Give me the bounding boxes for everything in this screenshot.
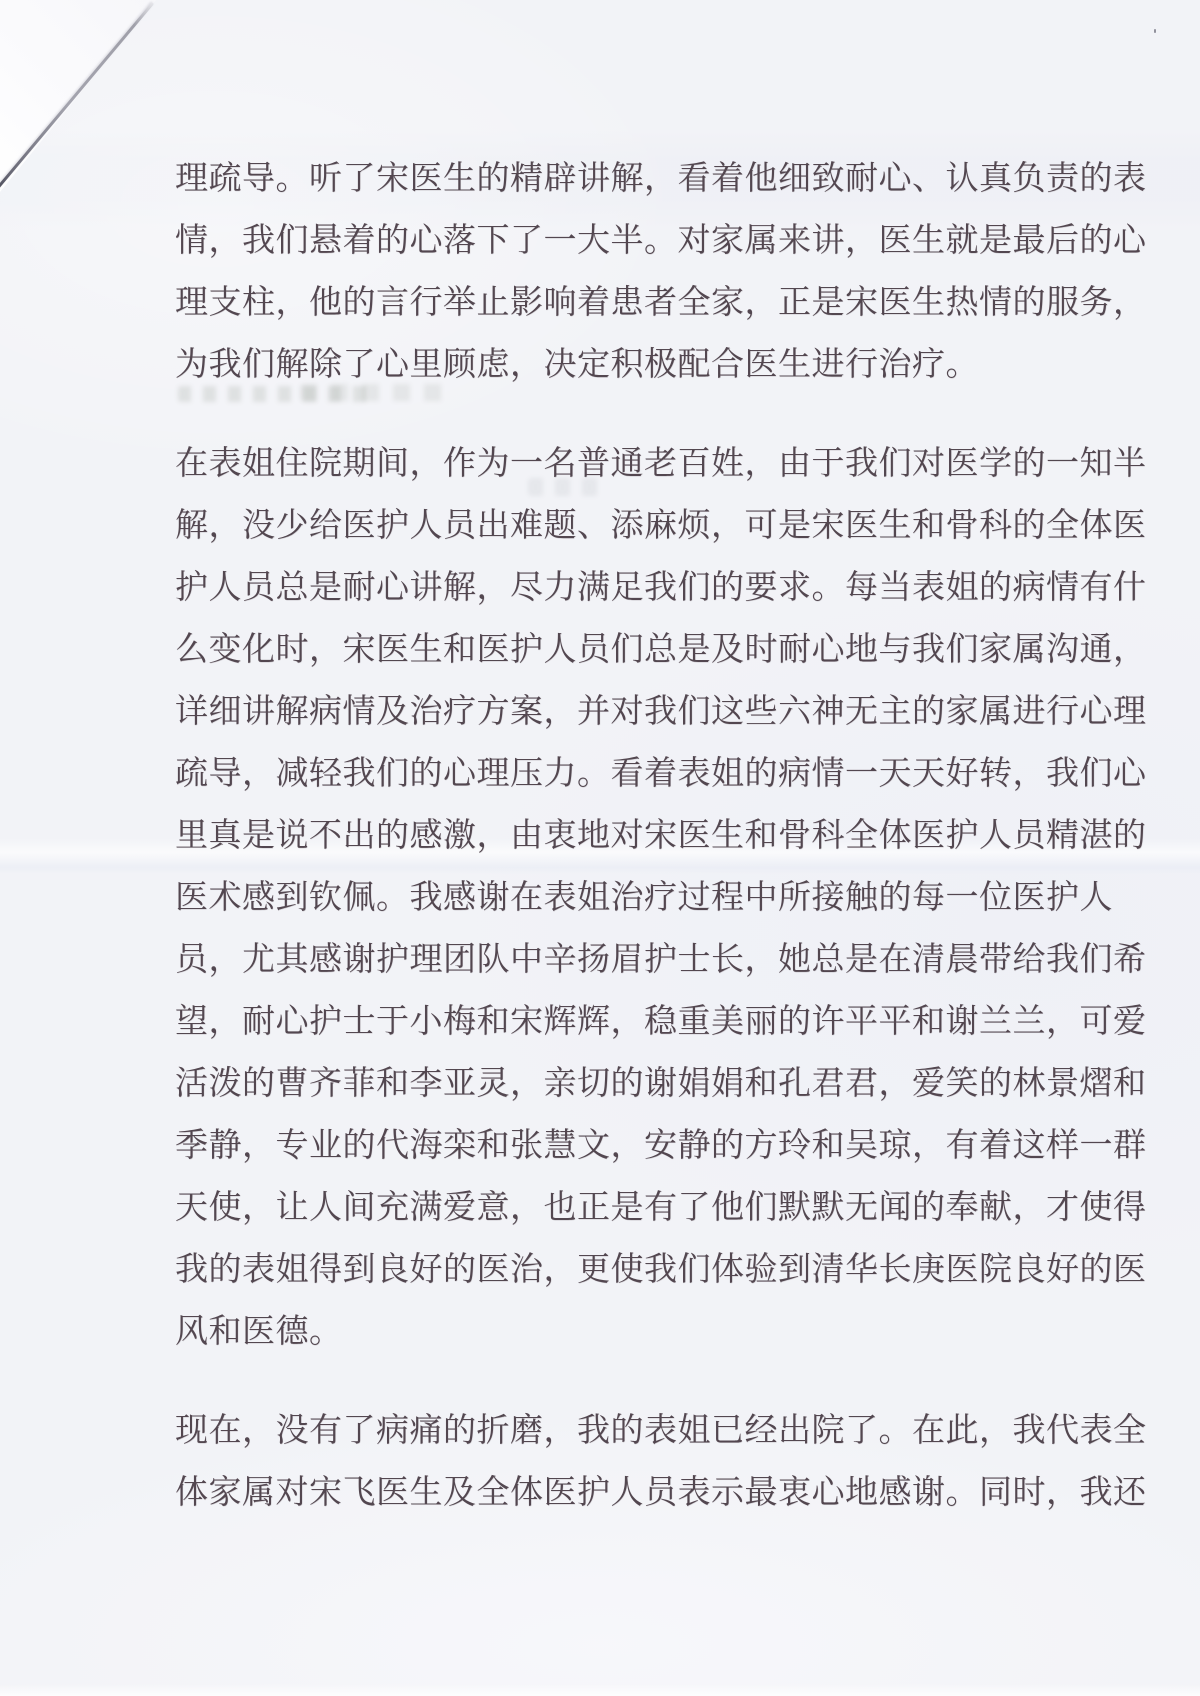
text-line: 情，我们悬着的心落下了一大半。对家属来讲，医生就是最后的心 bbox=[175, 210, 935, 272]
scanned-letter-page: 理疏导。听了宋医生的精辟讲解，看着他细致耐心、认真负责的表情，我们悬着的心落下了… bbox=[0, 0, 1200, 1696]
text-line: 在表姐住院期间，作为一名普通老百姓，由于我们对医学的一知半 bbox=[175, 433, 935, 495]
text-line: 我的表姐得到良好的医治，更使我们体验到清华长庚医院良好的医 bbox=[175, 1239, 935, 1301]
text-line: 么变化时，宋医生和医护人员们总是及时耐心地与我们家属沟通， bbox=[175, 619, 935, 681]
text-line: 医术感到钦佩。我感谢在表姐治疗过程中所接触的每一位医护人 bbox=[175, 867, 935, 929]
text-line: 望，耐心护士于小梅和宋辉辉，稳重美丽的许平平和谢兰兰，可爱 bbox=[175, 991, 935, 1053]
text-line: 疏导，减轻我们的心理压力。看着表姐的病情一天天好转，我们心 bbox=[175, 743, 935, 805]
text-line: 现在，没有了病痛的折磨，我的表姐已经出院了。在此，我代表全 bbox=[175, 1400, 935, 1462]
text-line: 天使，让人间充满爱意，也正是有了他们默默无闻的奉献，才使得 bbox=[175, 1177, 935, 1239]
text-line: 风和医德。 bbox=[175, 1301, 935, 1363]
text-line: 活泼的曹齐菲和李亚灵，亲切的谢娟娟和孔君君，爱笑的林景熠和 bbox=[175, 1053, 935, 1115]
text-line: 解，没少给医护人员出难题、添麻烦，可是宋医生和骨科的全体医 bbox=[175, 495, 935, 557]
text-line: 季静，专业的代海栾和张慧文，安静的方玲和吴琼，有着这样一群 bbox=[175, 1115, 935, 1177]
text-line: 理支柱，他的言行举止影响着患者全家，正是宋医生热情的服务， bbox=[175, 272, 935, 334]
text-line: 理疏导。听了宋医生的精辟讲解，看着他细致耐心、认真负责的表 bbox=[175, 148, 935, 210]
letter-body: 理疏导。听了宋医生的精辟讲解，看着他细致耐心、认真负责的表情，我们悬着的心落下了… bbox=[175, 148, 935, 1561]
page-bottom-edge bbox=[0, 1684, 1200, 1696]
dust-speck bbox=[1154, 29, 1156, 33]
text-line: 体家属对宋飞医生及全体医护人员表示最衷心地感谢。同时，我还 bbox=[175, 1462, 935, 1524]
text-line: 员，尤其感谢护理团队中辛扬眉护士长，她总是在清晨带给我们希 bbox=[175, 929, 935, 991]
text-line: 为我们解除了心里顾虑，决定积极配合医生进行治疗。 bbox=[175, 334, 935, 396]
text-line: 详细讲解病情及治疗方案，并对我们这些六神无主的家属进行心理 bbox=[175, 681, 935, 743]
text-line: 里真是说不出的感激，由衷地对宋医生和骨科全体医护人员精湛的 bbox=[175, 805, 935, 867]
paragraph: 理疏导。听了宋医生的精辟讲解，看着他细致耐心、认真负责的表情，我们悬着的心落下了… bbox=[175, 148, 935, 396]
text-line: 护人员总是耐心讲解，尽力满足我们的要求。每当表姐的病情有什 bbox=[175, 557, 935, 619]
paragraph: 在表姐住院期间，作为一名普通老百姓，由于我们对医学的一知半解，没少给医护人员出难… bbox=[175, 433, 935, 1363]
paragraph: 现在，没有了病痛的折磨，我的表姐已经出院了。在此，我代表全体家属对宋飞医生及全体… bbox=[175, 1400, 935, 1524]
